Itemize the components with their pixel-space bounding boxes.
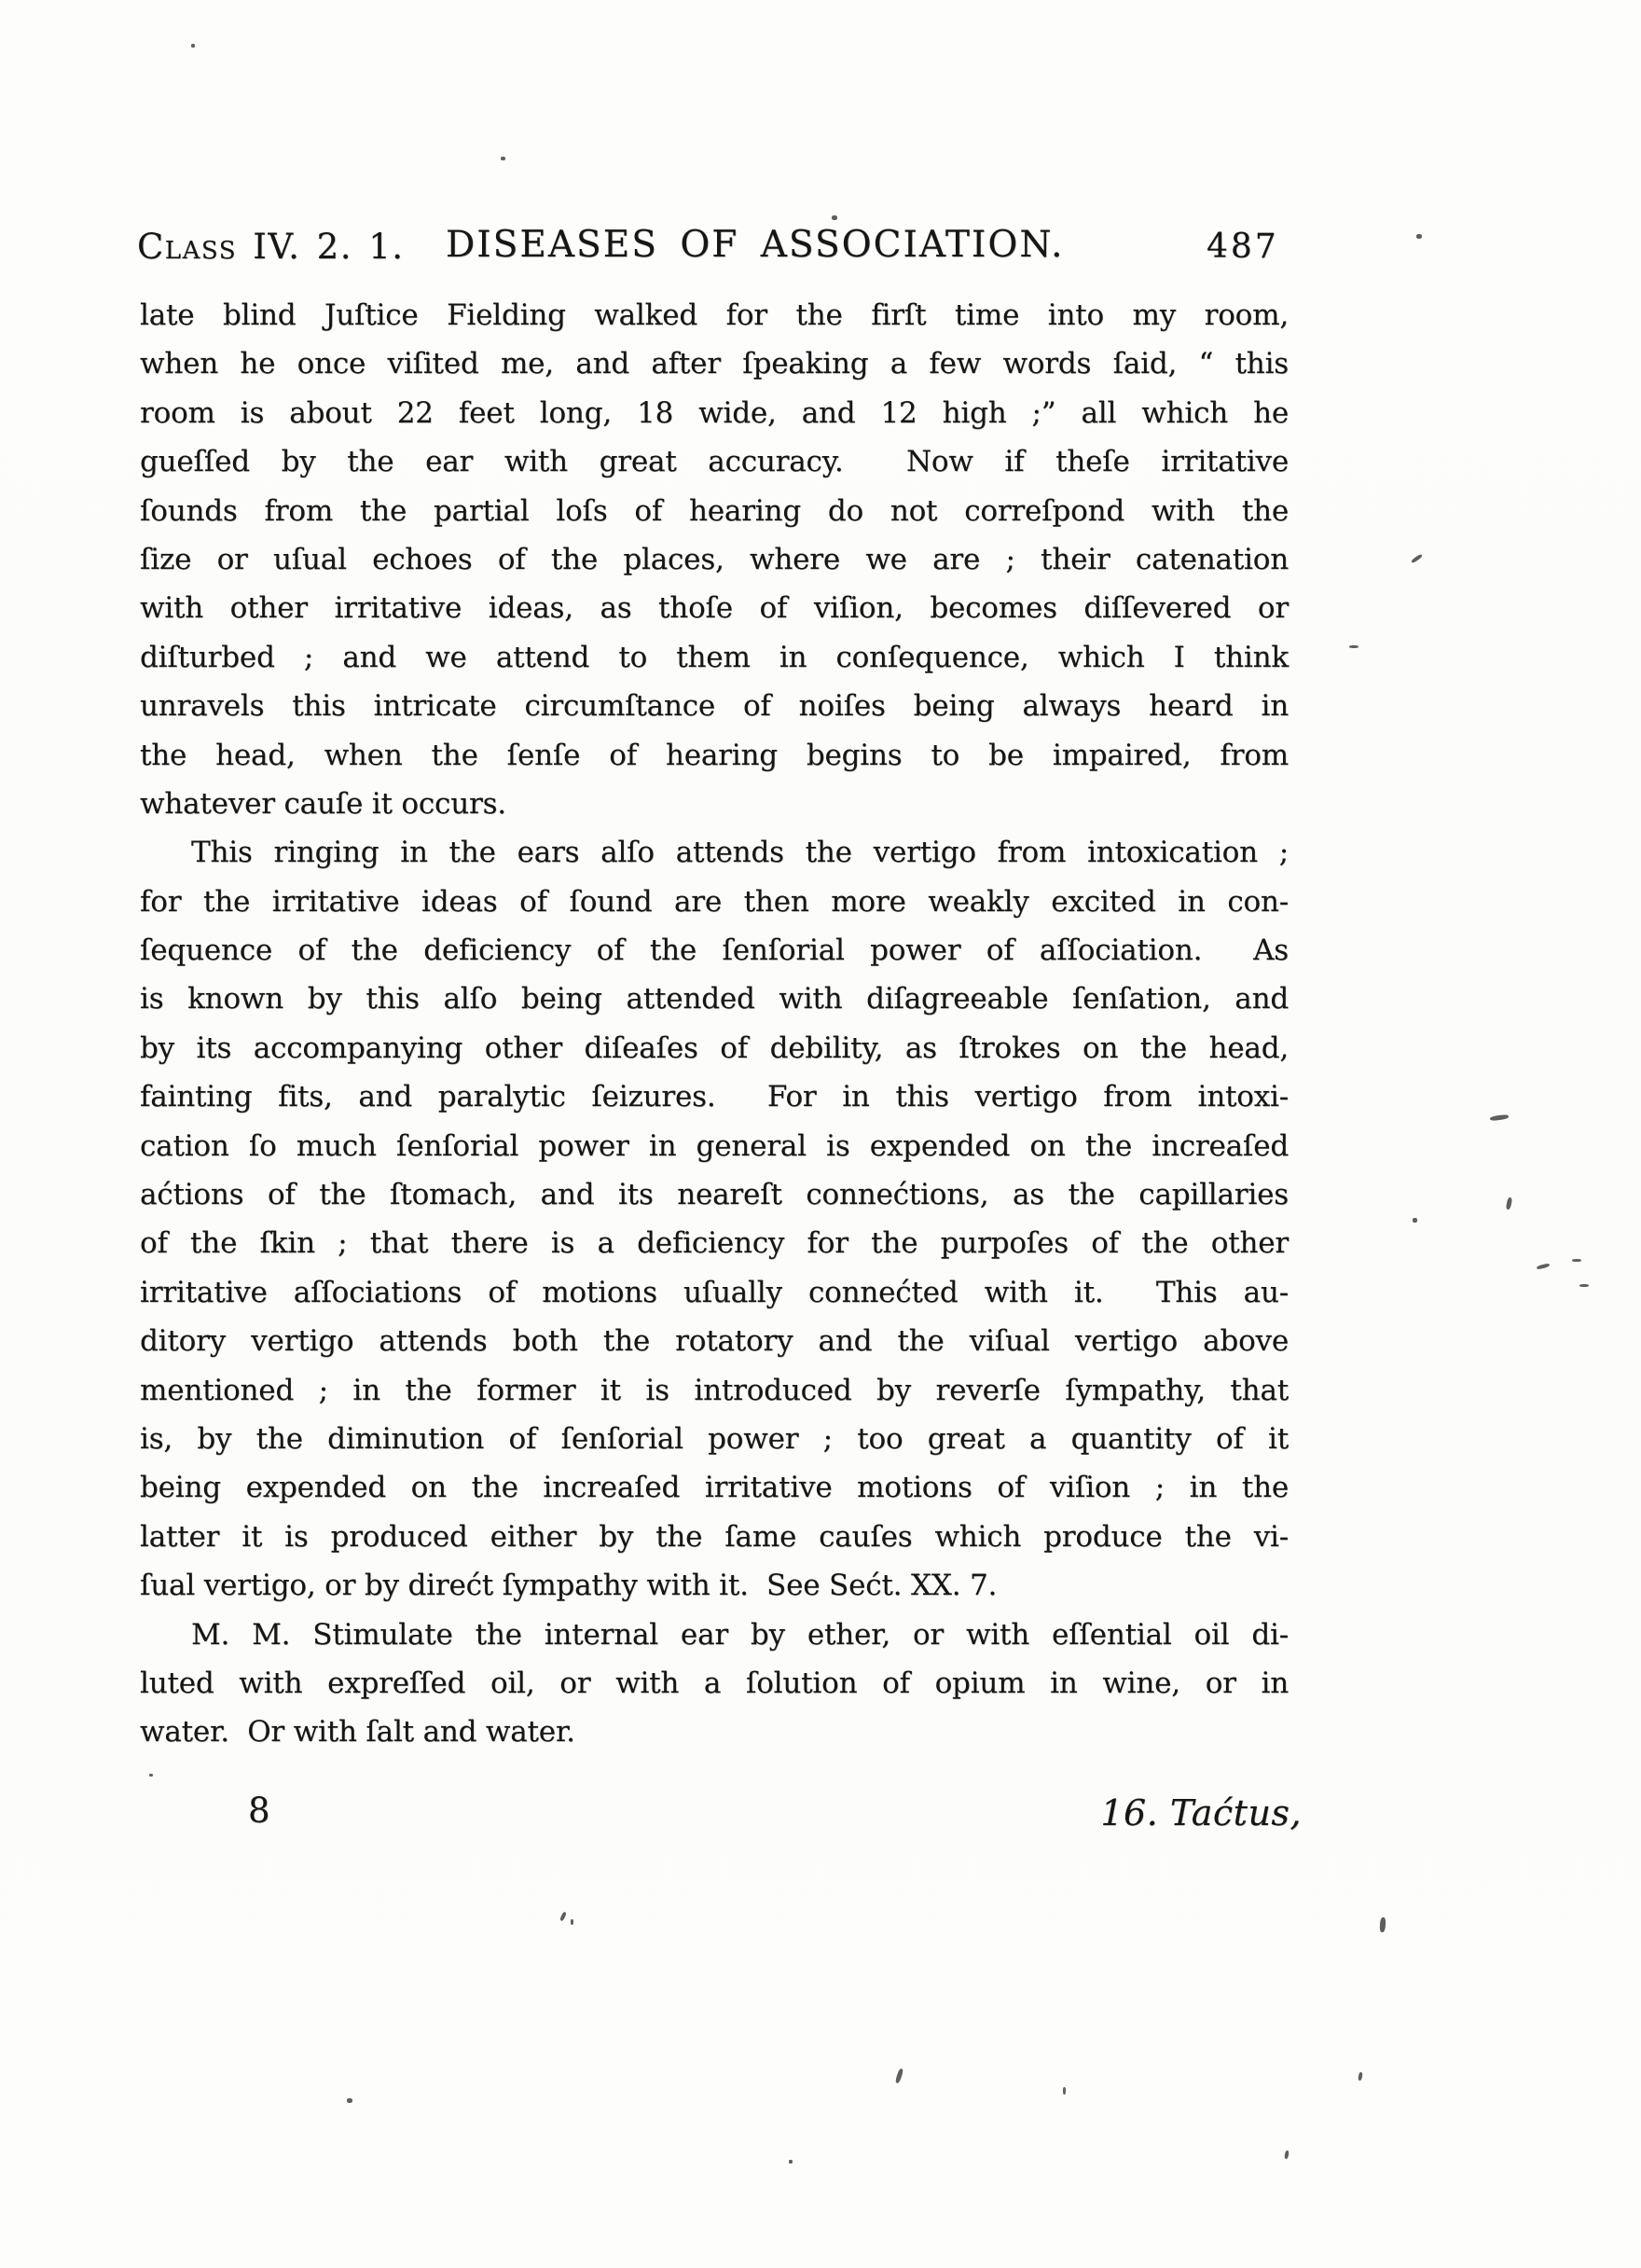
text-line: is known by this alſo being attended wit… xyxy=(140,975,1289,1023)
text-line: is, by the diminution of ſenſorial power… xyxy=(140,1415,1289,1463)
scan-speck xyxy=(1506,1197,1513,1210)
paragraph: M. M. Stimulate the internal ear by ethe… xyxy=(140,1611,1289,1757)
scan-speck xyxy=(1579,1284,1589,1287)
text-line: ſize or uſual echoes of the places, wher… xyxy=(140,535,1289,584)
header-page-number: 487 xyxy=(1207,228,1279,266)
header-running-title: DISEASES OF ASSOCIATION. xyxy=(446,224,1064,266)
scan-speck xyxy=(1411,554,1423,564)
text-line: of the ſkin ; that there is a deficiency… xyxy=(140,1219,1289,1267)
text-line: M. M. Stimulate the internal ear by ethe… xyxy=(140,1611,1289,1659)
text-line: the head, when the ſenſe of hearing begi… xyxy=(140,731,1289,780)
text-line: ſual vertigo, or by direćt ſympathy with… xyxy=(140,1561,1289,1610)
text-line: luted with expreſſed oil, or with a ſolu… xyxy=(140,1659,1289,1708)
scan-speck xyxy=(1490,1114,1510,1122)
text-line: room is about 22 feet long, 18 wide, and… xyxy=(140,389,1289,437)
text-line: latter it is produced either by the ſame… xyxy=(140,1513,1289,1561)
text-line: irritative aſſociations of motions uſual… xyxy=(140,1268,1289,1317)
scan-speck xyxy=(571,1919,573,1925)
paragraph: This ringing in the ears alſo attends th… xyxy=(140,828,1289,1610)
scan-speck xyxy=(1413,1218,1417,1223)
signature-mark: 8 xyxy=(248,1791,270,1831)
scan-speck xyxy=(895,2068,904,2084)
scan-speck xyxy=(1063,2087,1066,2095)
text-line: gueſſed by the ear with great accuracy. … xyxy=(140,437,1289,486)
scan-speck xyxy=(1349,645,1358,648)
text-line: diſturbed ; and we attend to them in con… xyxy=(140,633,1289,682)
text-block: late blind Juſtice Fielding walked for t… xyxy=(140,291,1289,1757)
scan-speck xyxy=(191,44,195,48)
text-line: when he once viſited me, and after ſpeak… xyxy=(140,339,1289,388)
text-line: being expended on the increaſed irritati… xyxy=(140,1463,1289,1512)
scan-speck xyxy=(149,1774,153,1777)
text-line: mentioned ; in the former it is introduc… xyxy=(140,1366,1289,1415)
scan-speck xyxy=(1379,1917,1386,1932)
text-line: whatever cauſe it occurs. xyxy=(140,780,1289,828)
scan-speck xyxy=(789,2160,793,2164)
scan-speck xyxy=(832,215,837,220)
scan-speck xyxy=(1416,234,1422,239)
scan-speck xyxy=(1358,2072,1363,2081)
book-page: Class IV. 2. 1. DISEASES OF ASSOCIATION.… xyxy=(0,0,1641,2268)
scan-speck xyxy=(1537,1263,1551,1269)
scan-speck xyxy=(1284,2150,1289,2160)
text-line: ſequence of the deficiency of the ſenſor… xyxy=(140,926,1289,975)
text-line: ditory vertigo attends both the rotatory… xyxy=(140,1317,1289,1365)
paragraph: late blind Juſtice Fielding walked for t… xyxy=(140,291,1289,828)
scan-speck xyxy=(1572,1259,1581,1262)
text-line: This ringing in the ears alſo attends th… xyxy=(140,828,1289,877)
text-line: cation ſo much ſenſorial power in genera… xyxy=(140,1122,1289,1170)
text-line: aćtions of the ſtomach, and its neareſt … xyxy=(140,1170,1289,1219)
scan-speck xyxy=(501,157,505,160)
catchword: 16. Taćtus, xyxy=(932,1792,1302,1833)
text-line: late blind Juſtice Fielding walked for t… xyxy=(140,291,1289,339)
text-line: for the irritative ideas of ſound are th… xyxy=(140,878,1289,926)
scan-speck xyxy=(347,2098,352,2103)
text-line: water. Or with ſalt and water. xyxy=(140,1708,1289,1756)
text-line: by its accompanying other diſeaſes of de… xyxy=(140,1024,1289,1072)
header-class-label: Class IV. 2. 1. xyxy=(137,227,405,267)
text-line: with other irritative ideas, as thoſe of… xyxy=(140,584,1289,632)
text-line: unravels this intricate circumſtance of … xyxy=(140,682,1289,730)
scan-speck xyxy=(559,1912,567,1922)
text-line: ſounds from the partial loſs of hearing … xyxy=(140,487,1289,535)
text-line: fainting fits, and paralytic ſeizures. F… xyxy=(140,1072,1289,1121)
